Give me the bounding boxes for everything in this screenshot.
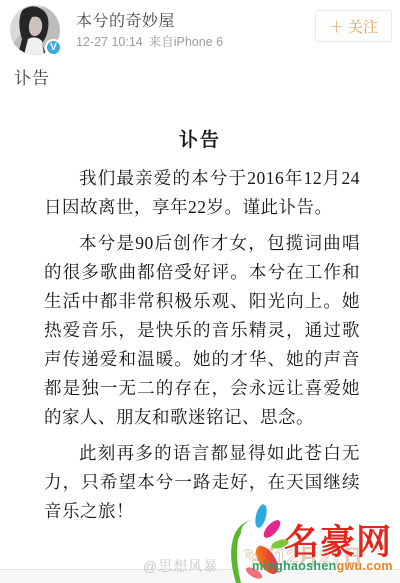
post-header: V 本兮的奇妙屋 12-27 10:14来自iPhone 6 ＋关注: [0, 0, 400, 58]
post-timestamp: 12-27 10:14: [76, 35, 143, 49]
plus-icon: ＋: [329, 16, 344, 37]
follow-button-label: 关注: [348, 16, 378, 37]
obituary-body: 我们最亲爱的本兮于2016年12月24日因故离世，享年22岁。谨此讣告。 本兮是…: [0, 164, 400, 526]
site-name-text: 名豪网: [284, 515, 392, 565]
obituary-image[interactable]: 讣告 我们最亲爱的本兮于2016年12月24日因故离世，享年22岁。谨此讣告。 …: [0, 125, 400, 526]
user-avatar[interactable]: V: [10, 5, 60, 55]
follow-button[interactable]: ＋关注: [315, 10, 392, 42]
post-text: 讣告: [14, 64, 400, 89]
site-url-left: minghaoshen: [252, 559, 337, 573]
obituary-paragraph: 我们最亲爱的本兮于2016年12月24日因故离世，享年22岁。谨此讣告。: [44, 164, 360, 222]
site-url-right: gwu.com: [337, 559, 393, 573]
obituary-title: 讣告: [0, 125, 400, 152]
obituary-paragraph: 本兮是90后创作才女，包揽词曲唱的很多歌曲都倍受好评。本兮在工作和生活中都非常积…: [44, 229, 360, 432]
weibo-post-page: { "header": { "username": "本兮的奇妙屋", "tim…: [0, 0, 400, 583]
verified-icon: V: [45, 39, 62, 56]
site-watermark-logo: 6年12月27日 名豪网 minghaoshengwu.com: [224, 501, 400, 583]
post-source: 来自iPhone 6: [149, 35, 223, 49]
post-meta: 12-27 10:14来自iPhone 6: [76, 32, 229, 50]
username[interactable]: 本兮的奇妙屋: [76, 8, 175, 31]
site-url-text: minghaoshengwu.com: [252, 559, 393, 573]
image-watermark: @思想风暴: [143, 556, 218, 576]
